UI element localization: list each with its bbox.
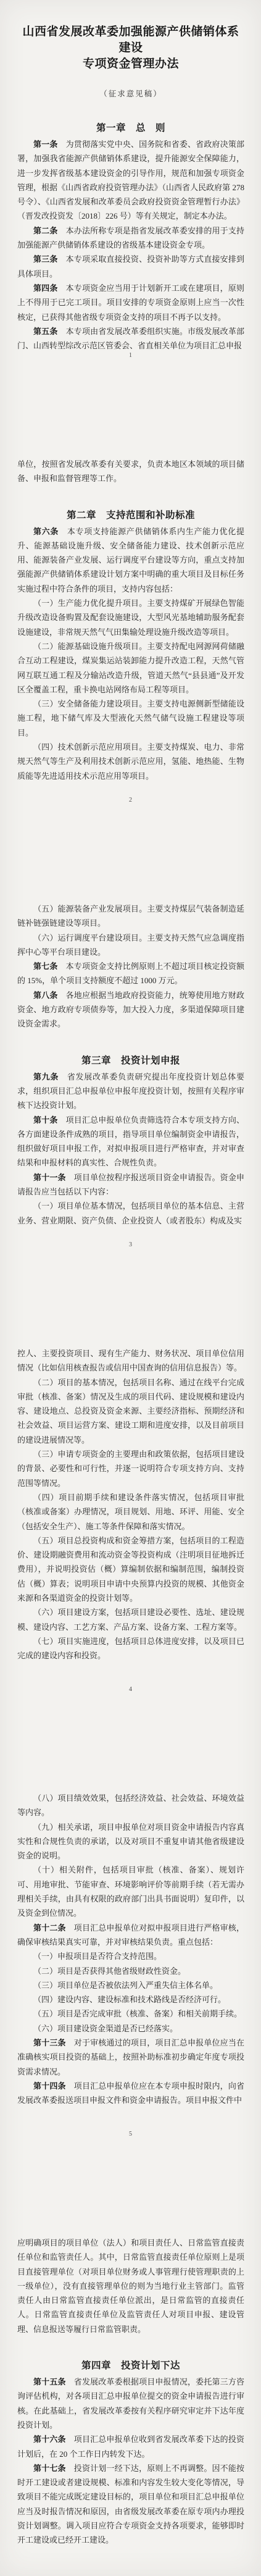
- document-page: 单位，按照省发展改革委有关要求，负责本地区本领域的项目储备、申报和监督管理等工作…: [0, 445, 261, 889]
- paragraph: 第十条 项目汇总申报单位负责筛选符合本专项支持方向、各方面建设条件成熟的项目，指…: [17, 1113, 244, 1170]
- page-number: 3: [0, 1241, 261, 1249]
- paragraph: 第十六条 项目汇总申报单位收到省发展改革委下达的投资计划后，在 20 个工作日内…: [17, 2432, 244, 2461]
- article-number: 第一条: [33, 140, 57, 149]
- article-number: 第十二条: [33, 1923, 66, 1932]
- paragraph: 第十四条 项目汇总申报单位应在本专项申报时限内，向省发展改革委报送项目申报文件和…: [17, 2079, 244, 2108]
- article-number: 第九条: [33, 1072, 59, 1081]
- paragraph: （九）相关承诺，项目申报单位对项目资金申请报告内容真实性和合规性负责的承诺，以及…: [17, 1820, 244, 1863]
- article-number: 第八条: [33, 991, 57, 1000]
- paragraph: （三）申请专项资金的主要理由和政策依据，包括项目建设的背景、必要性和可行性，并逐…: [17, 1447, 244, 1490]
- document-title-line: 山西省发展改革委加强能源产供储销体系建设: [17, 24, 244, 56]
- article-number: 第十五条: [33, 2377, 66, 2386]
- paragraph: （四）建设内容、建设标准和技术路线是否经济可行。: [17, 1992, 244, 2007]
- article-number: 第十一条: [33, 1173, 66, 1182]
- chapter-heading: 第一章 总 则: [17, 121, 244, 135]
- document-page: 控人、主要投资项目、现有生产能力、财务状况、项目单位信用情况（比如信用核查报告或…: [0, 1334, 261, 1779]
- paragraph: （一）申报项目是否符合支持范围。: [17, 1949, 244, 1963]
- paragraph: （五）能源装备产业发展项目。主要支持煤层气装备制造延链补链强链建设等项目。: [17, 902, 244, 931]
- paragraph: 第十三条 对于审核通过的项目，项目汇总申报单位应当在准确核实项目投资的基础上，按…: [17, 2036, 244, 2079]
- paragraph: 第十一条 项目单位按程序报送项目资金申请报告。资金申请报告应当包括以下内容：: [17, 1170, 244, 1199]
- paragraph: （十）相关附件，包括项目审批（核准、备案）、规划许可、用地审批、节能审查、环境影…: [17, 1863, 244, 1920]
- document-subtitle: （征求意见稿）: [17, 89, 244, 99]
- paragraph: 单位，按照省发展改革委有关要求，负责本地区本领域的项目储备、申报和监督管理等工作…: [17, 457, 244, 486]
- document-page: （八）项目绩效效果，包括经济效益、社会效益、环境效益等内容。（九）相关承诺，项目…: [0, 1779, 261, 2223]
- page-number: 4: [0, 1686, 261, 1693]
- paragraph: 第六条 本专项支持能源产供储销体系内生产能力优化提升、能源基础设施升级、安全储备…: [17, 524, 244, 596]
- paragraph: （三）安全储备能力建设项目。主要支持电源侧新型储能设施工程，地下储气库及大型液化…: [17, 697, 244, 740]
- paragraph: 应明确项目的项目单位（法人）和项目责任人、日常监管直接责任单位和监管责任人。其中…: [17, 2236, 244, 2336]
- page-content: 山西省发展改革委加强能源产供储销体系建设专项资金管理办法（征求意见稿）第一章 总…: [17, 24, 244, 353]
- paragraph: （六）运行调度平台建设项目。主要支持天然气应急调度指挥中心等平台项目建设。: [17, 931, 244, 960]
- article-number: 第十四条: [33, 2081, 66, 2091]
- page-number: 5: [0, 2131, 261, 2138]
- paragraph: （六）项目建设资金渠道是否已经落实。: [17, 2021, 244, 2036]
- paragraph: 第四条 本专项资金应当用于计划新开工或在建项目，原则上不得用于已完工项目。项目安…: [17, 281, 244, 324]
- chapter-heading: 第二章 支持范围和补助标准: [17, 508, 244, 522]
- paragraph: 第十二条 项目汇总申报单位对拟申报项目进行严格审核，确保审核结果真实可靠，并对审…: [17, 1921, 244, 1950]
- document-page: （五）能源装备产业发展项目。主要支持煤层气装备制造延链补链强链建设等项目。（六）…: [0, 889, 261, 1334]
- paragraph: 第十五条 省发展改革委根据项目申报情况，委托第三方咨询评估机构，对各项目汇总申报…: [17, 2375, 244, 2432]
- paragraph: （五）项目总投资构成和资金筹措方案，包括项目的工程造价、建设期融资费用和流动资金…: [17, 1533, 244, 1605]
- paragraph: （三）项目单位是否被依法列入严重失信主体名单。: [17, 1978, 244, 1992]
- article-number: 第三条: [33, 254, 57, 264]
- paragraph: 第九条 省发展改革委负责研究提出年度投资计划总体要求，组织项目汇总申报单位申报年…: [17, 1070, 244, 1113]
- chapter-heading: 第四章 投资计划下达: [17, 2359, 244, 2373]
- document-title-line: 专项资金管理办法: [17, 56, 244, 72]
- paragraph: （四）技术创新示范应用项目。主要支持煤炭、电力、非常规天然气等生产及利用技术创新…: [17, 740, 244, 783]
- article-number: 第十条: [33, 1115, 57, 1125]
- paragraph: （六）项目建设方案，包括项目建设必要性、选址、建设规模、建设内容、工艺方案、产品…: [17, 1605, 244, 1634]
- document-page: 山西省发展改革委加强能源产供储销体系建设专项资金管理办法（征求意见稿）第一章 总…: [0, 0, 261, 445]
- page-content: 应明确项目的项目单位（法人）和项目责任人、日常监管直接责任单位和监管责任人。其中…: [17, 2236, 244, 2548]
- paragraph: （一）项目单位基本情况，包括项目单位的基本信息、主营业务、营业期限、资产负债、企…: [17, 1199, 244, 1228]
- paragraph: （五）项目是否完成审批（核准、备案）和相关前期手续。: [17, 2007, 244, 2021]
- article-number: 第二条: [33, 226, 57, 235]
- page-content: 控人、主要投资项目、现有生产能力、财务状况、项目单位信用情况（比如信用核查报告或…: [17, 1346, 244, 1663]
- document-title: 山西省发展改革委加强能源产供储销体系建设专项资金管理办法: [17, 24, 244, 72]
- paragraph: （四）项目前期手续和建设条件落实情况，包括项目审批（核准或备案）办理情况，项目规…: [17, 1490, 244, 1533]
- paragraph: 第七条 本专项资金支持比例原则上不超过项目核定投资额的 15%，单个项目支持额度…: [17, 959, 244, 988]
- article-number: 第七条: [33, 962, 57, 971]
- article-number: 第十七条: [33, 2464, 66, 2473]
- paragraph: 第八条 各地应根据当地政府投资能力，统筹使用地方财政资金、地方政府专项债券等，加…: [17, 988, 244, 1031]
- page-number: 2: [0, 797, 261, 804]
- paragraph: （二）项目是否获得其他省级财政性资金。: [17, 1964, 244, 1978]
- paragraph: （二）能源基础设施升级项目。主要支持配电网源网荷储融合互动工程建设，煤炭集运站装…: [17, 639, 244, 697]
- paragraph: （二）项目的基本情况，包括项目名称、通过在线平台完成审批（核准、备案）情况及生成…: [17, 1375, 244, 1447]
- paragraph: （一）生产能力优化提升项目。主要支持煤矿开展绿色智能升级改造设备购置及配套设施建…: [17, 596, 244, 639]
- article-number: 第六条: [33, 527, 59, 536]
- chapter-heading: 第三章 投资计划申报: [17, 1054, 244, 1068]
- paragraph: （七）项目实施进度，包括项目总体进度安排，以及项目已完成的建设内容和投资。: [17, 1634, 244, 1663]
- paragraph: 第二条 本办法所称专项是指省发展改革委安排的用于支持加强能源产供储销体系建设的省…: [17, 224, 244, 253]
- page-number: 1: [0, 352, 261, 359]
- paragraph: 第三条 本专项采取直接投资、投资补助等方式直接安排到具体项目。: [17, 252, 244, 281]
- paragraph: 控人、主要投资项目、现有生产能力、财务状况、项目单位信用情况（比如信用核查报告或…: [17, 1346, 244, 1375]
- article-number: 第十三条: [33, 2038, 66, 2047]
- article-number: 第十六条: [33, 2435, 66, 2444]
- document-scan: 山西省发展改革委加强能源产供储销体系建设专项资金管理办法（征求意见稿）第一章 总…: [0, 0, 261, 2576]
- paragraph: 第五条 本专项由省发展改革委组织实施。市级发展改革部门、山西转型综改示范区管委会…: [17, 324, 244, 353]
- paragraph: （八）项目绩效效果，包括经济效益、社会效益、环境效益等内容。: [17, 1791, 244, 1820]
- article-number: 第四条: [33, 283, 57, 293]
- page-content: 单位，按照省发展改革委有关要求，负责本地区本领域的项目储备、申报和监督管理等工作…: [17, 457, 244, 783]
- page-content: （五）能源装备产业发展项目。主要支持煤层气装备制造延链补链强链建设等项目。（六）…: [17, 902, 244, 1228]
- document-page: 应明确项目的项目单位（法人）和项目责任人、日常监管直接责任单位和监管责任人。其中…: [0, 2223, 261, 2576]
- paragraph: 第一条 为贯彻落实党中央、国务院和省委、省政府决策部署，加强我省能源产供储销体系…: [17, 137, 244, 224]
- article-number: 第五条: [33, 327, 57, 336]
- page-content: （八）项目绩效效果，包括经济效益、社会效益、环境效益等内容。（九）相关承诺，项目…: [17, 1791, 244, 2108]
- paragraph: 第十七条 投资计划一经下达，原则上不再调整。因不能按时开工建设或者建设规模、标准…: [17, 2461, 244, 2548]
